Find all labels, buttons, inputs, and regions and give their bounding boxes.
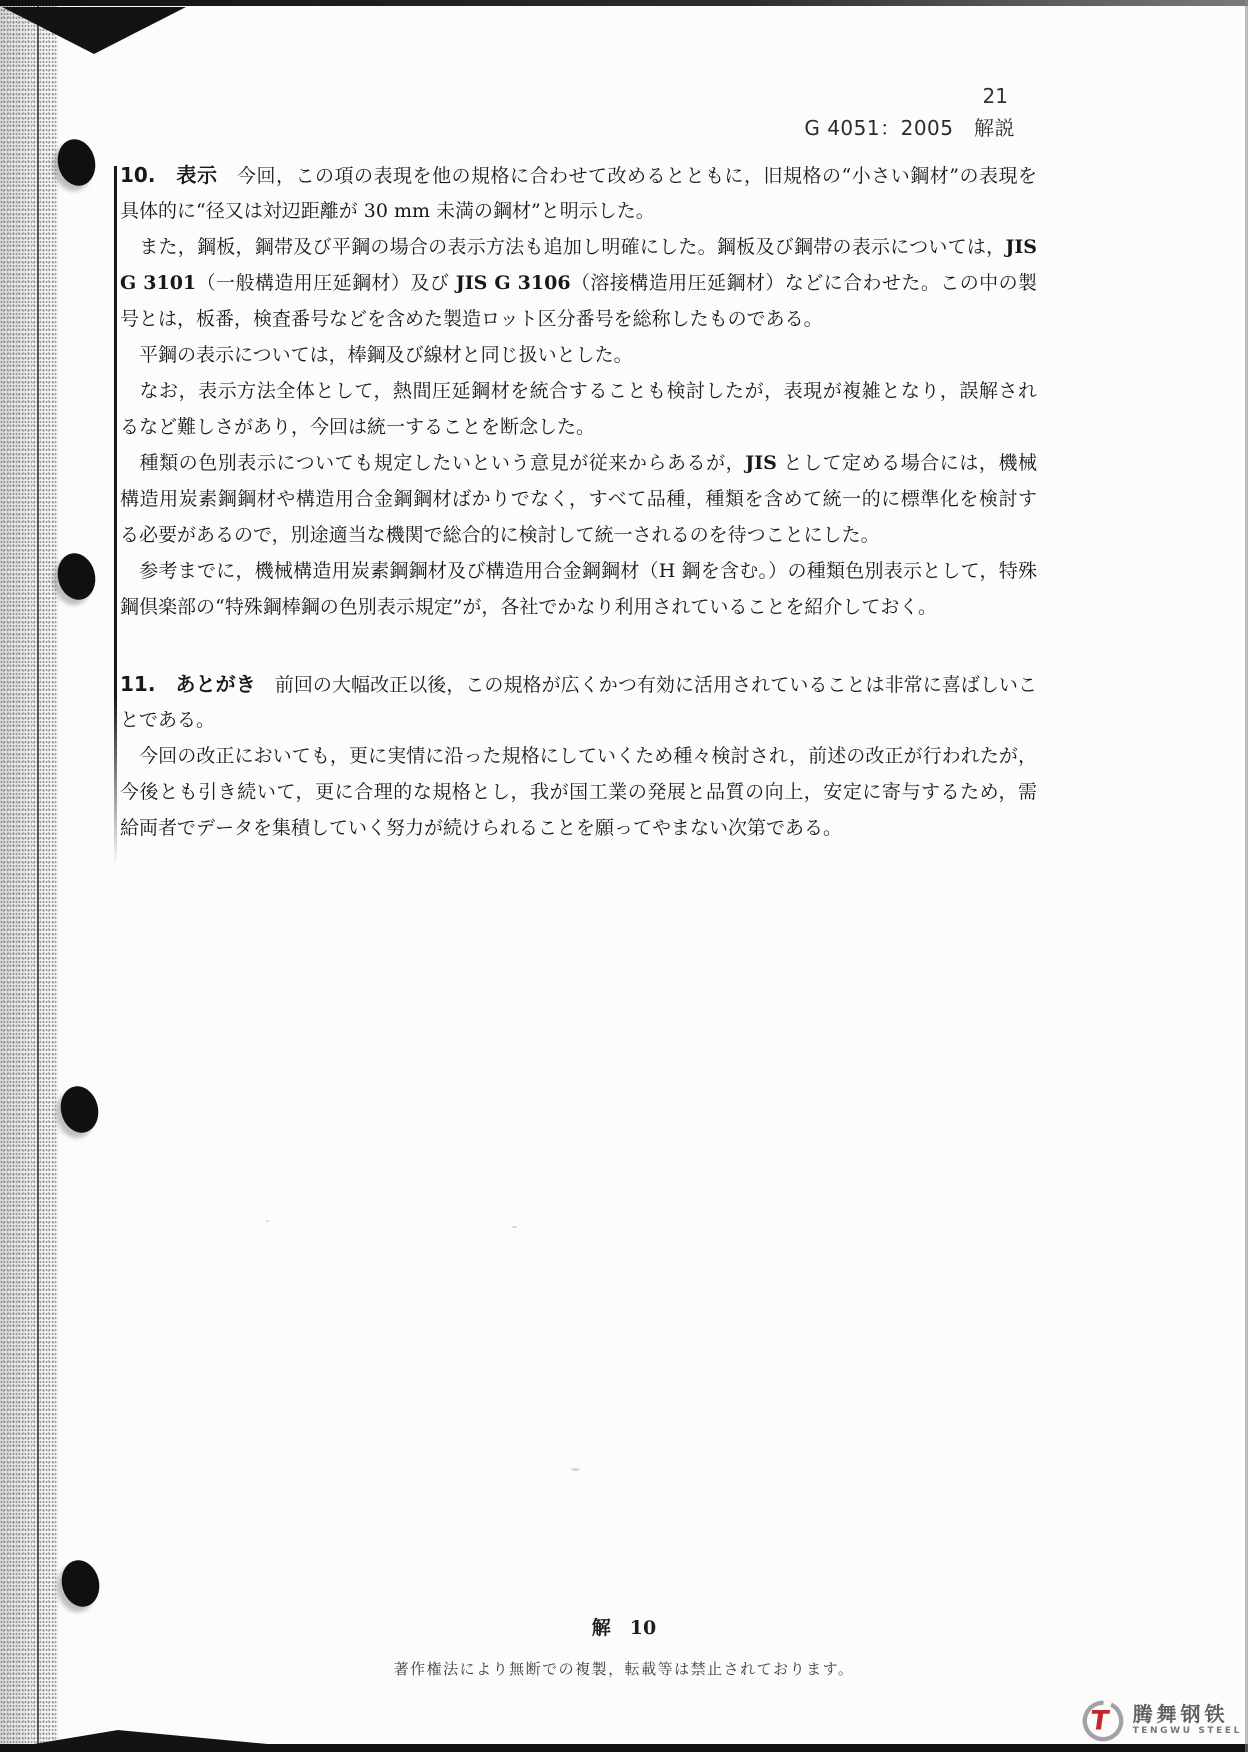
text-segment: として定める場合には，機械 (777, 452, 1037, 474)
text-line: 鋼倶楽部の“特殊鋼棒鋼の色別表示規定”が，各社でかなり利用されていることを紹介し… (120, 589, 1037, 625)
page-number: 21 (983, 84, 1008, 108)
text-segment: 参考までに，機械構造用炭素鋼鋼材及び構造用合金鋼鋼材（H 鋼を含む。）の種類色別… (120, 560, 1037, 582)
watermark-english-name: TENGWU STEEL (1133, 1726, 1242, 1737)
text-line: 平鋼の表示については，棒鋼及び線材と同じ扱いとした。 (120, 337, 1037, 373)
watermark-text: 腾舞钢铁 TENGWU STEEL (1133, 1703, 1242, 1737)
page-corner-fold (2, 7, 186, 54)
text-line: 号とは，板番，検査番号などを含めた製造ロット区分番号を総称したものである。 (120, 301, 1037, 337)
body-text: 10. 表示 今回，この項の表現を他の規格に合わせて改めるとともに，旧規格の“小… (120, 157, 1037, 846)
text-segment: 種類の色別表示についても規定したいという意見が従来からあるが， (120, 452, 745, 474)
text-segment: 号とは，板番，検査番号などを含めた製造ロット区分番号を総称したものである。 (120, 308, 823, 330)
text-segment: る必要があるので，別途適当な機関で総合的に検討して統一されるのを待つことにした。 (120, 524, 880, 546)
scan-edge-left (0, 0, 58, 1752)
watermark-chinese-name: 腾舞钢铁 (1133, 1703, 1229, 1725)
text-line: なお，表示方法全体として，熱間圧延鋼材を統合することも検討したが，表現が複雑とな… (120, 373, 1037, 409)
scan-edge-bottom (0, 1744, 1248, 1752)
text-line: 種類の色別表示についても規定したいという意見が従来からあるが，JIS として定め… (120, 445, 1037, 481)
text-segment: 具体的に“径又は対辺距離が 30 mm 未満の鋼材”と明示した。 (120, 200, 655, 222)
section-heading: 11. あとがき (120, 672, 256, 696)
text-segment: G 3101 (120, 272, 196, 294)
scan-edge-left-line (37, 0, 39, 1752)
text-line: 給両者でデータを集積していく努力が続けられることを願ってやまない次第である。 (120, 810, 1037, 846)
text-line: 参考までに，機械構造用炭素鋼鋼材及び構造用合金鋼鋼材（H 鋼を含む。）の種類色別… (120, 553, 1037, 589)
scan-edge-bottom-wedge (28, 1730, 278, 1745)
binder-hole (53, 135, 100, 190)
footer-page-indicator: 解 10 (0, 1613, 1248, 1640)
watermark-logo: T 腾舞钢铁 TENGWU STEEL (1080, 1697, 1242, 1743)
text-segment: 今後とも引き続いて，更に合理的な規格とし，我が国工業の発展と品質の向上，安定に寄… (120, 781, 1037, 803)
text-line: 具体的に“径又は対辺距離が 30 mm 未満の鋼材”と明示した。 (120, 193, 1037, 229)
section-heading: 10. 表示 (120, 163, 217, 187)
text-line: また，鋼板，鋼帯及び平鋼の場合の表示方法も追加し明確にした。鋼板及び鋼帯の表示に… (120, 229, 1037, 265)
text-segment: 給両者でデータを集積していく努力が続けられることを願ってやまない次第である。 (120, 817, 842, 839)
text-segment: JIS (1005, 236, 1037, 258)
binder-hole (57, 1556, 104, 1611)
text-line: とである。 (120, 702, 1037, 738)
scan-speck (512, 1226, 517, 1228)
text-segment: とである。 (120, 709, 215, 731)
scanned-document-page: 21 G 4051：2005 解説 10. 表示 今回，この項の表現を他の規格に… (0, 0, 1248, 1752)
text-line: G 3101（一般構造用圧延鋼材）及び JIS G 3106（溶接構造用圧延鋼材… (120, 265, 1037, 301)
scan-speck (266, 1220, 269, 1222)
text-line: 今回の改正においても，更に実情に沿った規格にしていくため種々検討され，前述の改正… (120, 738, 1037, 774)
scan-edge-top (0, 0, 1248, 6)
text-segment: なお，表示方法全体として，熱間圧延鋼材を統合することも検討したが，表現が複雑とな… (120, 380, 1037, 402)
text-line: るなど難しさがあり，今回は統一することを断念した。 (120, 409, 1037, 445)
margin-vertical-rule (114, 166, 117, 866)
tengwu-logo-icon: T (1080, 1697, 1126, 1743)
text-segment: るなど難しさがあり，今回は統一することを断念した。 (120, 416, 595, 438)
text-line: 10. 表示 今回，この項の表現を他の規格に合わせて改めるとともに，旧規格の“小… (120, 157, 1037, 193)
binder-hole (56, 1082, 103, 1137)
text-line: 今後とも引き続いて，更に合理的な規格とし，我が国工業の発展と品質の向上，安定に寄… (120, 774, 1037, 810)
text-segment: 平鋼の表示については，棒鋼及び線材と同じ扱いとした。 (120, 344, 633, 366)
text-segment: 今回の改正においても，更に実情に沿った規格にしていくため種々検討され，前述の改正… (120, 745, 1037, 767)
binder-hole (53, 549, 100, 604)
document-reference: G 4051：2005 解説 (804, 112, 1015, 141)
text-segment: JIS G 3106 (456, 272, 571, 294)
text-segment: また，鋼板，鋼帯及び平鋼の場合の表示方法も追加し明確にした。鋼板及び鋼帯の表示に… (120, 236, 1005, 258)
text-segment: （一般構造用圧延鋼材）及び (196, 272, 456, 294)
text-line: る必要があるので，別途適当な機関で総合的に検討して統一されるのを待つことにした。 (120, 517, 1037, 553)
scan-speck (571, 1468, 580, 1471)
text-segment: 構造用炭素鋼鋼材や構造用合金鋼鋼材ばかりでなく，すべて品種，種類を含めて統一的に… (120, 488, 1037, 510)
text-segment: JIS (745, 452, 777, 474)
text-segment: 今回，この項の表現を他の規格に合わせて改めるとともに，旧規格の“小さい鋼材”の表… (217, 165, 1037, 187)
text-line: 構造用炭素鋼鋼材や構造用合金鋼鋼材ばかりでなく，すべて品種，種類を含めて統一的に… (120, 481, 1037, 517)
svg-text:T: T (1088, 1706, 1111, 1737)
text-segment: 鋼倶楽部の“特殊鋼棒鋼の色別表示規定”が，各社でかなり利用されていることを紹介し… (120, 596, 937, 618)
copyright-notice: 著作権法により無断での複製，転載等は禁止されております。 (0, 1658, 1248, 1679)
text-segment: 前回の大幅改正以後，この規格が広くかつ有効に活用されていることは非常に喜ばしいこ (256, 674, 1037, 696)
text-line: 11. あとがき 前回の大幅改正以後，この規格が広くかつ有効に活用されていること… (120, 666, 1037, 702)
